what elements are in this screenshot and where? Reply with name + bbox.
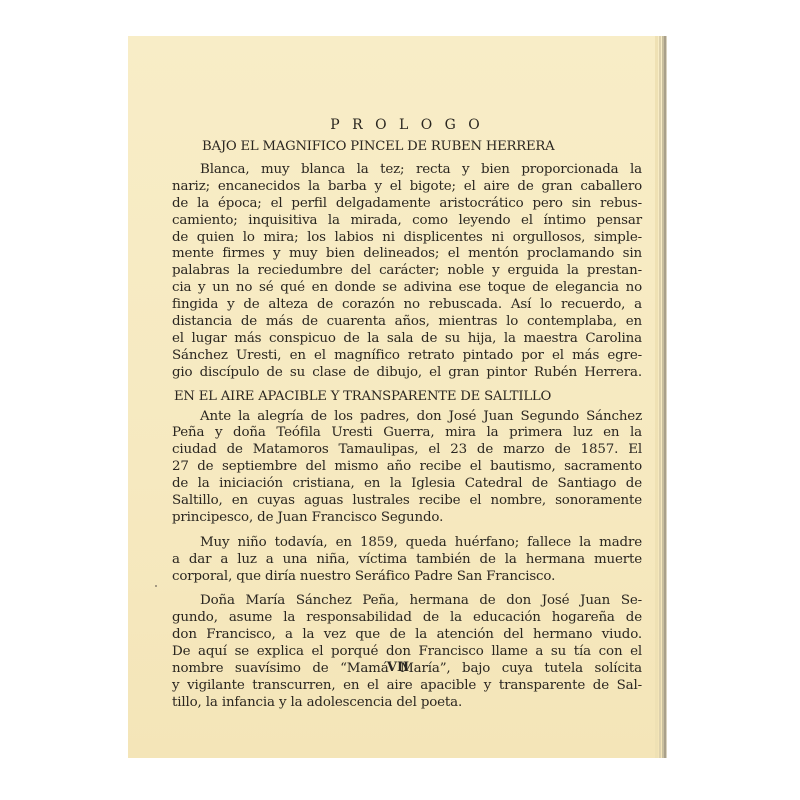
paragraph: Doña María Sánchez Peña, hermana de don … [172,593,642,711]
text-line: Saltillo, en cuyas aguas lustrales recib… [172,493,642,510]
section-heading: BAJO EL MAGNIFICO PINCEL DE RUBEN HERRER… [172,138,642,156]
text-line: Blanca, muy blanca la tez; recta y bien … [172,162,642,179]
text-line: de la época; el perfil delgadamente aris… [172,196,642,213]
page-edge [666,36,667,758]
text-line: don Francisco, a la vez que de la atenci… [172,627,642,644]
text-line: camiento; inquisitiva la mirada, como le… [172,213,642,230]
text-line: Doña María Sánchez Peña, hermana de don … [172,593,642,610]
text-line: palabras la reciedumbre del carácter; no… [172,263,642,280]
text-line: gundo, asume la responsabilidad de la ed… [172,610,642,627]
page-edge [659,36,661,758]
text-line: gio discípulo de su clase de dibujo, el … [172,365,642,382]
paragraph: Muy niño todavía, en 1859, queda huérfan… [172,535,642,586]
text-line: Peña y doña Teófila Uresti Guerra, mira … [172,425,642,442]
paragraph: Ante la alegría de los padres, don José … [172,409,642,527]
text-line: distancia de más de cuarenta años, mient… [172,314,642,331]
section-heading: EN EL AIRE APACIBLE Y TRANSPARENTE DE SA… [172,388,642,406]
page-content: P R O L O G O BAJO EL MAGNIFICO PINCEL D… [172,116,642,712]
text-line: De aquí se explica el porqué don Francis… [172,644,642,661]
text-line: Muy niño todavía, en 1859, queda huérfan… [172,535,642,552]
paragraph: Blanca, muy blanca la tez; recta y bien … [172,162,642,382]
text-line: el lugar más conspicuo de la sala de su … [172,331,642,348]
page-number: VII [368,660,428,675]
page-title: P R O L O G O [172,116,642,134]
text-line: fingida y de alteza de corazón no rebusc… [172,297,642,314]
text-line: cia y un no sé qué en donde se adivina e… [172,280,642,297]
text-line: y vigilante transcurren, en el aire apac… [172,678,642,695]
text-line: mente firmes y muy bien delineados; el m… [172,246,642,263]
text-line: 27 de septiembre del mismo año recibe el… [172,459,642,476]
text-line: corporal, que diría nuestro Seráfico Pad… [172,569,642,586]
text-line: Ante la alegría de los padres, don José … [172,409,642,426]
text-line: de la iniciación cristiana, en la Iglesi… [172,476,642,493]
text-line: de quien lo mira; los labios ni displice… [172,230,642,247]
page-edge [655,36,658,758]
text-line: a dar a luz a una niña, víctima también … [172,552,642,569]
text-line: ciudad de Matamoros Tamaulipas, el 23 de… [172,442,642,459]
text-line: principesco, de Juan Francisco Segundo. [172,510,642,527]
text-line: nariz; encanecidos la barba y el bigote;… [172,179,642,196]
text-line: tillo, la infancia y la adolescencia del… [172,695,642,712]
text-line: Sánchez Uresti, en el magnífico retrato … [172,348,642,365]
margin-mark [155,585,157,587]
